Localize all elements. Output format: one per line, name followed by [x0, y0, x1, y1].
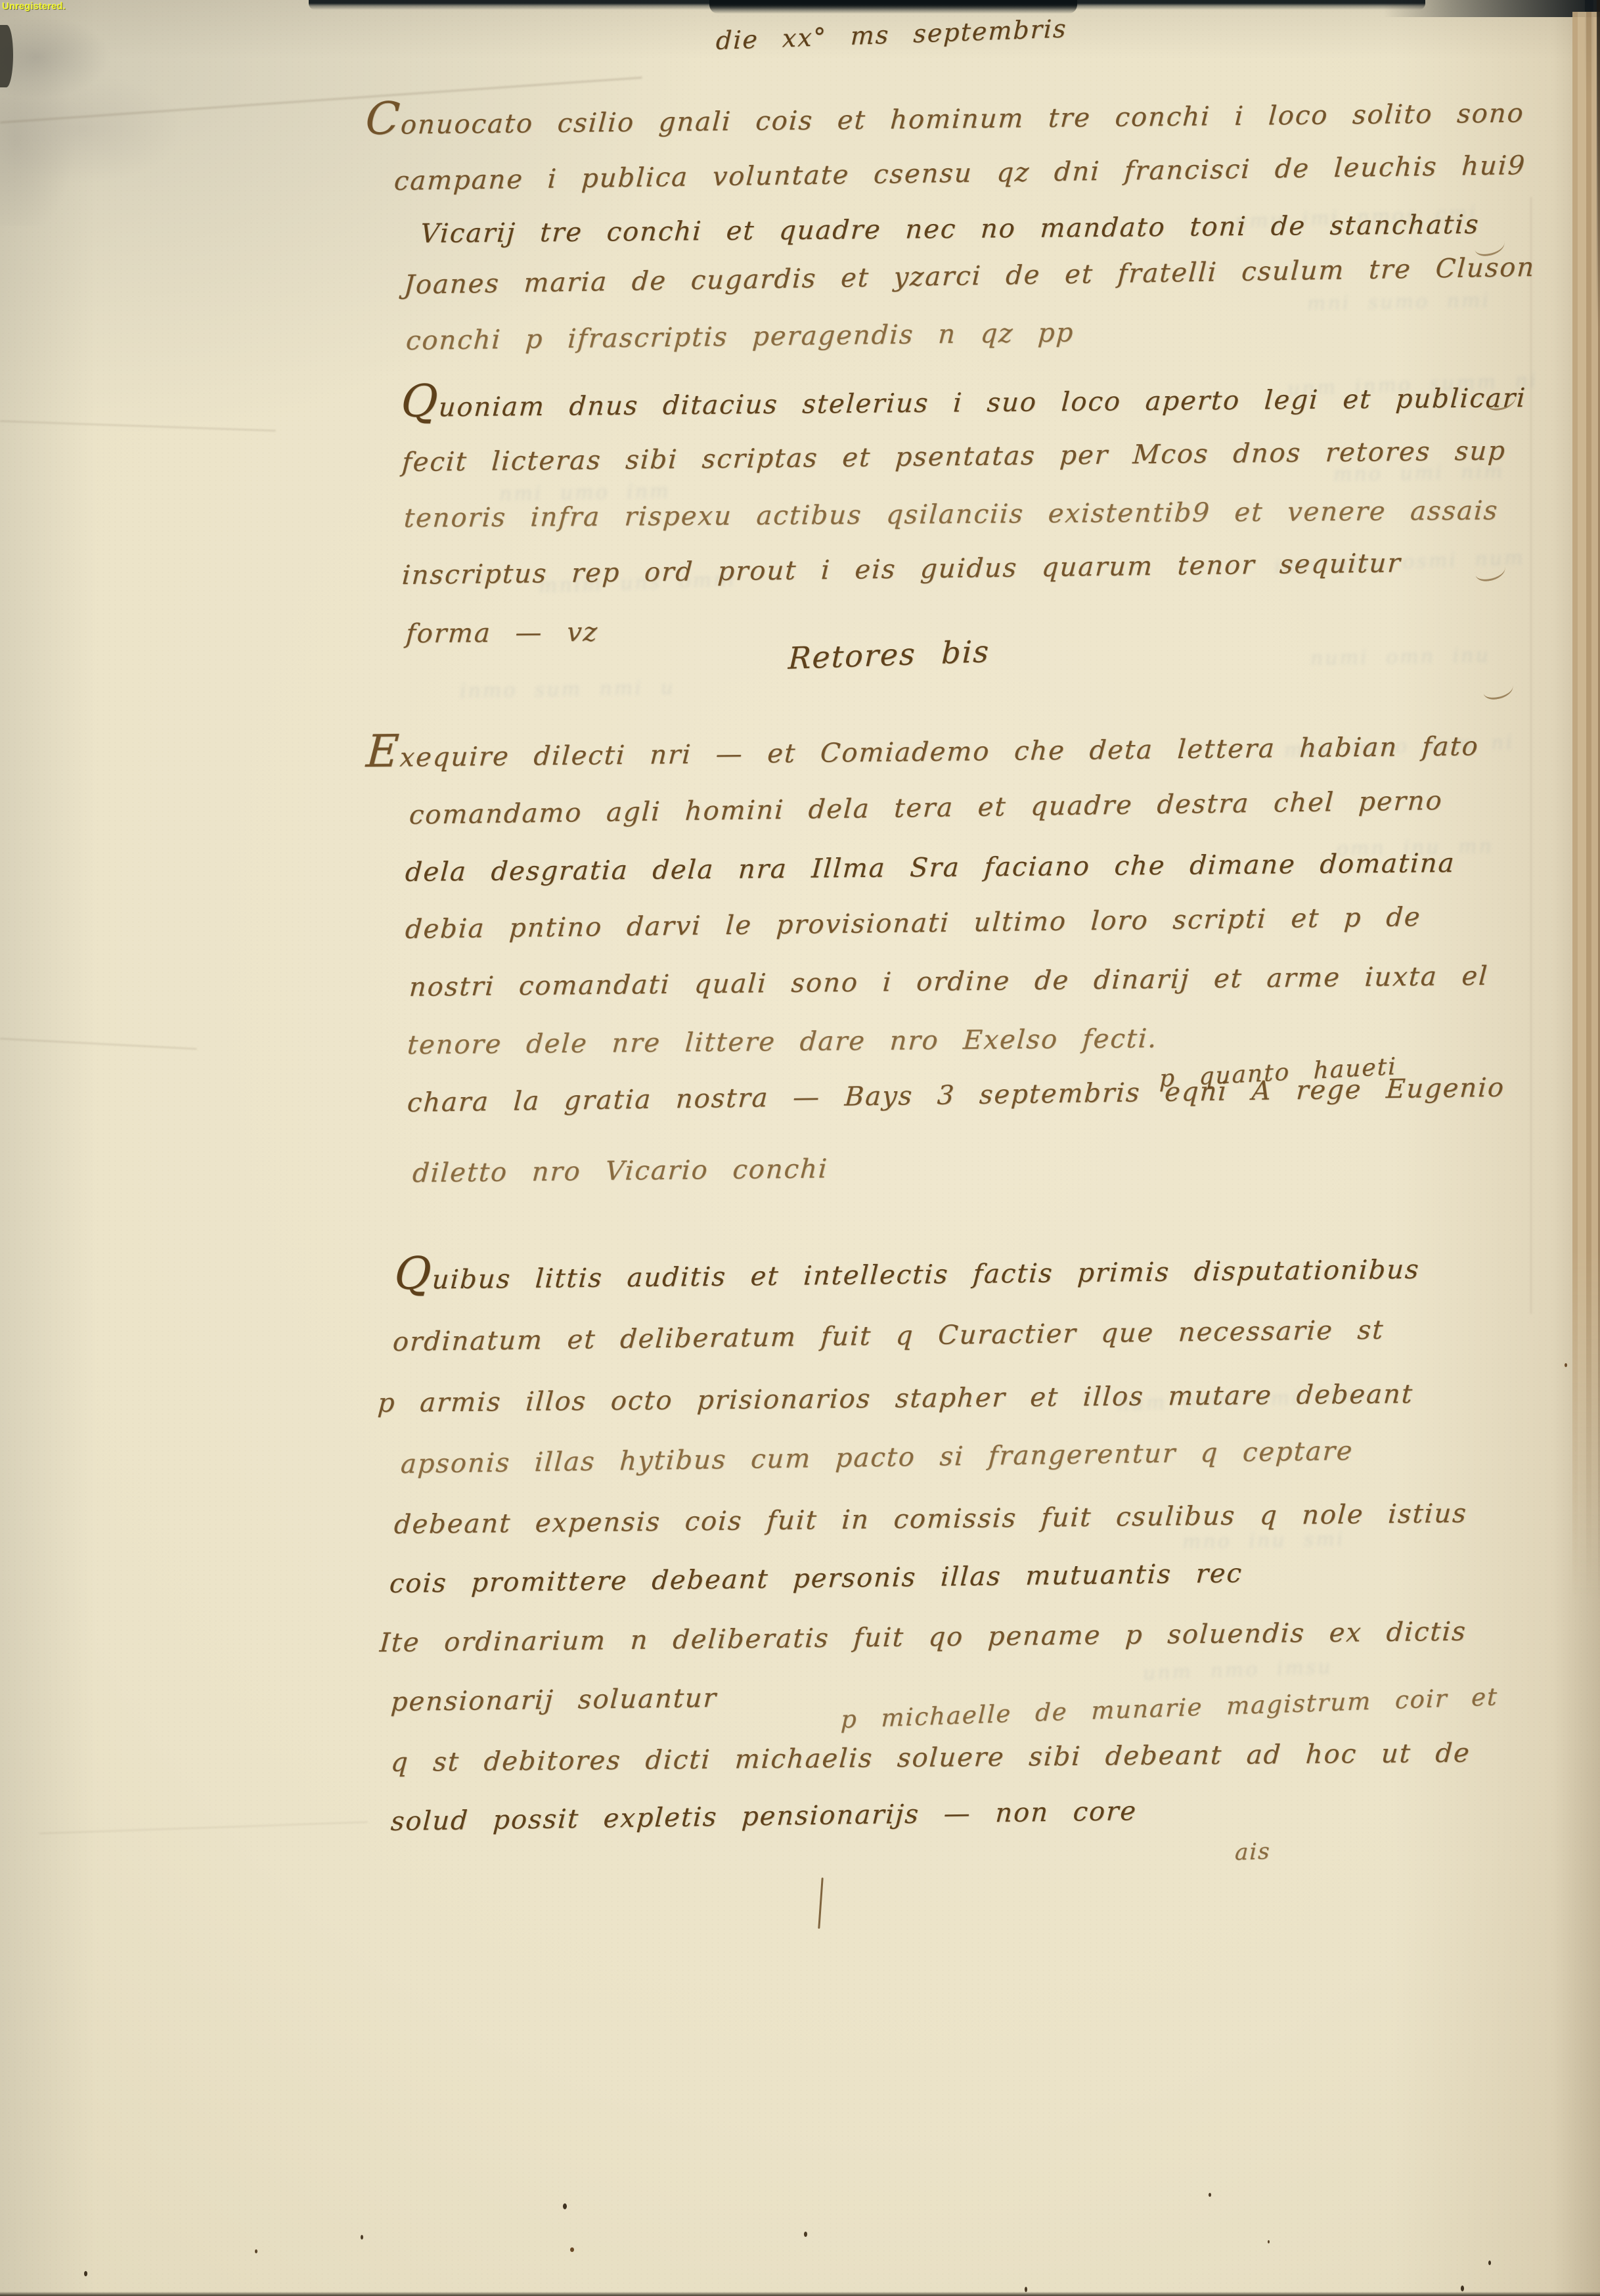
manuscript-line: dela desgratia dela nra Illma Sra facian… — [405, 848, 1456, 888]
bleedthrough-line: mni sumo nmi — [1307, 289, 1491, 315]
manuscript-line: chara la gratia nostra — Bays 3 septembr… — [407, 1073, 1506, 1118]
top-right-corner-shadow — [1383, 0, 1600, 17]
manuscript-line: nostri comandati quali sono i ordine de … — [409, 961, 1490, 1002]
stray-ink-stroke: | — [818, 1878, 823, 1929]
manuscript-line: Quoniam dnus ditacius stelerius i suo lo… — [400, 383, 1527, 423]
bleedthrough-line: mno inu smi — [1182, 1528, 1345, 1554]
bleedthrough-line: numi omn inu — [1310, 644, 1490, 670]
manuscript-line: p armis illos octo prisionarios stapher … — [377, 1379, 1415, 1418]
manuscript-line: p michaelle de munarie magistrum coir et — [840, 1682, 1498, 1734]
manuscript-line: Conuocato csilio gnali cois et hominum t… — [365, 99, 1525, 141]
ink-speck — [563, 2203, 567, 2209]
ink-speck — [1565, 1363, 1567, 1367]
ink-speck — [804, 2232, 807, 2237]
ink-tail — [1482, 678, 1515, 701]
ink-speck — [1461, 2285, 1464, 2291]
manuscript-line: ais — [1234, 1838, 1271, 1866]
paper-crease — [39, 1822, 368, 1834]
paper-crease — [0, 420, 276, 432]
ink-speck — [255, 2249, 257, 2253]
manuscript-line: comandamo agli homini dela tera et quadr… — [409, 786, 1444, 830]
fore-edge-dark-line — [1597, 0, 1600, 328]
ink-speck — [361, 2235, 363, 2240]
manuscript-line: cois promittere debeant personis illas m… — [389, 1558, 1244, 1599]
paper-crease-vertical — [1530, 197, 1532, 1314]
bottom-edge-shadow — [0, 2292, 1600, 2296]
manuscript-line: ordinatum et deliberatum fuit q Curactie… — [392, 1315, 1385, 1357]
manuscript-line: conchi p ifrascriptis peragendis n qz pp — [405, 318, 1075, 356]
paper-crease — [0, 1038, 197, 1050]
manuscript-line: pensionarij soluantur — [390, 1683, 718, 1717]
manuscript-line: Ite ordinarium n deliberatis fuit qo pen… — [379, 1617, 1468, 1658]
manuscript-page: Unregistered. nmu imi nmos cmi mni sumo … — [0, 0, 1600, 2296]
manuscript-line: Vicarij tre conchi et quadre nec no mand… — [420, 210, 1480, 249]
top-left-crumple — [0, 9, 204, 226]
manuscript-line: Exequire dilecti nri — et Comiademo che … — [365, 731, 1480, 773]
manuscript-line: Quibus littis auditis et intellectis fac… — [393, 1255, 1421, 1295]
manuscript-line: tenore dele nre littere dare nro Exelso … — [407, 1024, 1159, 1060]
section-heading: Retores bis — [788, 633, 990, 676]
manuscript-line: debia pntino darvi le provisionati ultim… — [405, 902, 1422, 945]
ink-speck — [1488, 2261, 1491, 2265]
manuscript-line: campane i publica voluntate csensu qz dn… — [393, 150, 1527, 196]
manuscript-line: inscriptus rep ord prout i eis guidus qu… — [401, 548, 1402, 591]
manuscript-line: diletto nro Vicario conchi — [412, 1154, 829, 1188]
top-edge-shadow-blob — [709, 0, 1077, 14]
ink-speck — [570, 2247, 574, 2252]
manuscript-line: q st debitores dicti michaelis soluere s… — [390, 1738, 1472, 1778]
manuscript-line: forma — vz — [405, 617, 600, 649]
manuscript-line: apsonis illas hytibus cum pacto si frang… — [400, 1436, 1354, 1479]
ink-speck — [1268, 2240, 1270, 2243]
ink-speck — [1209, 2193, 1211, 2197]
ink-speck — [84, 2271, 87, 2276]
bleedthrough-line: unm nmo imsu — [1142, 1655, 1333, 1685]
manuscript-line: solud possit expletis pensionarijs — non… — [390, 1796, 1138, 1837]
date-heading: die xx° ms septembris — [715, 14, 1067, 55]
book-fore-edge — [1572, 12, 1600, 1602]
ink-speck — [1025, 2287, 1027, 2292]
bleedthrough-line: inmo sum nmi u — [460, 676, 675, 703]
